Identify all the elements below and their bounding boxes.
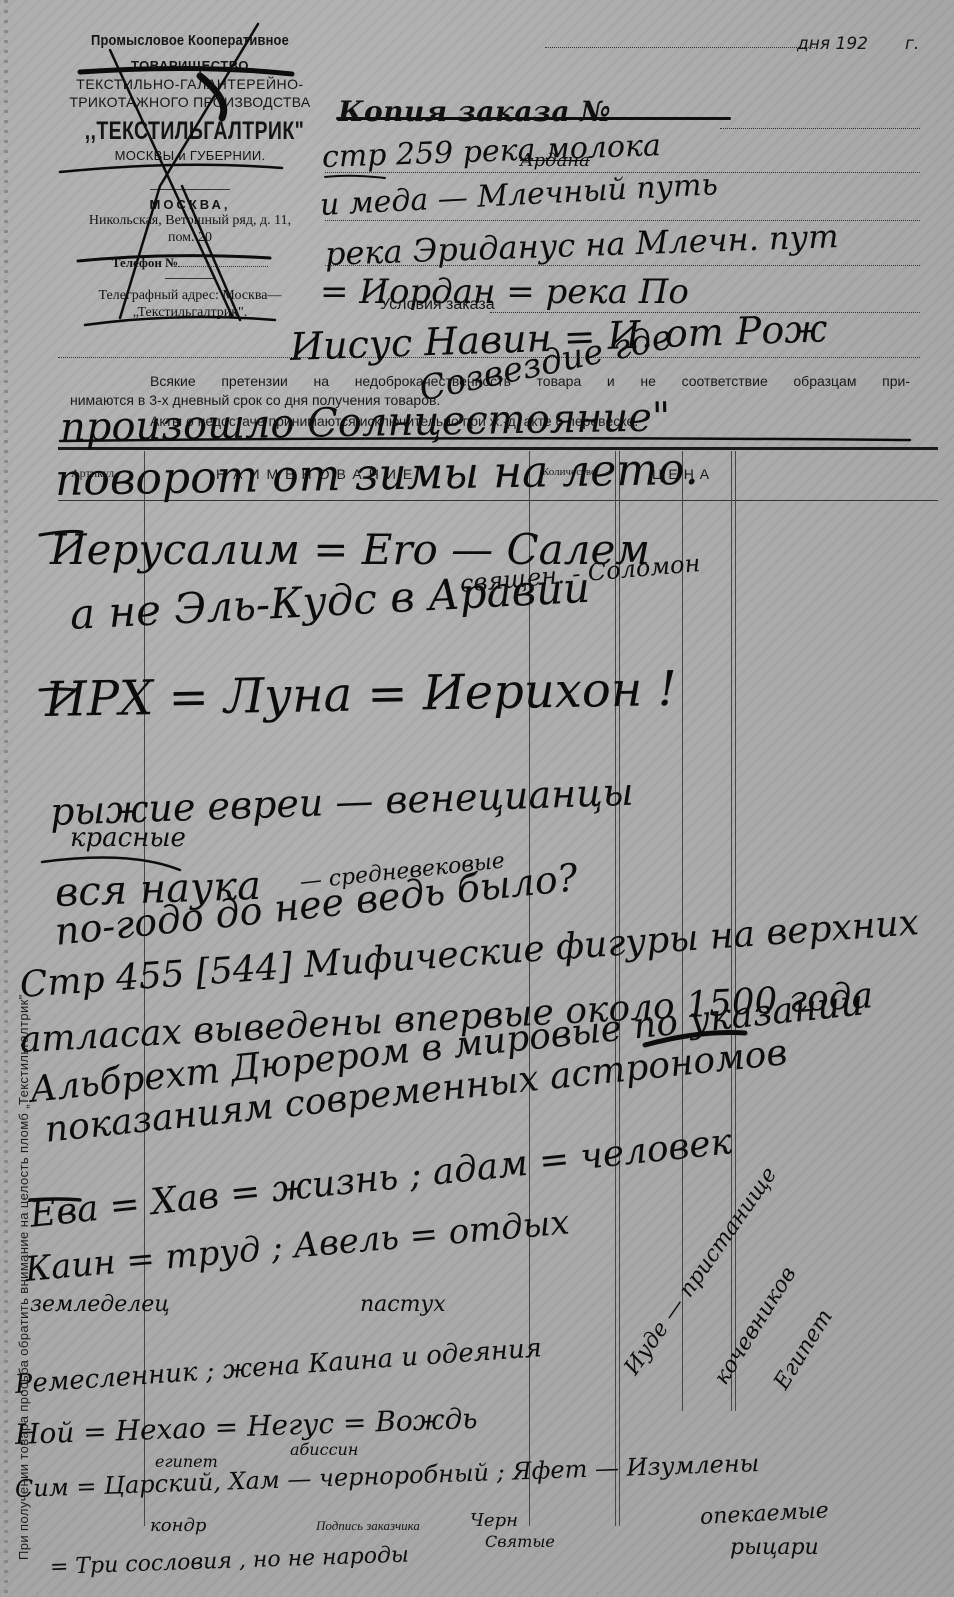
handwritten-line: Святые: [485, 1532, 555, 1551]
handwritten-line: красные: [70, 823, 186, 853]
letterhead-telegraph-1: Телеграфный адрес: Москва—: [55, 288, 325, 304]
title-strikethrough: [336, 117, 731, 120]
letterhead-city: МОСКВА,: [55, 197, 325, 212]
letterhead-divider: [165, 278, 215, 279]
perforation-edge: [4, 0, 8, 1597]
order-number-field: [720, 128, 920, 129]
letterhead-line6: МОСКВЫ и ГУБЕРНИИ.: [55, 148, 325, 163]
handwritten-line: земледелец: [30, 1292, 170, 1317]
phone-label: Телефон №: [112, 255, 178, 270]
letterhead-divider: [150, 189, 230, 190]
letterhead-line2: ТОВАРИЩЕСТВО: [55, 58, 325, 73]
letterhead-room: пом. 20: [55, 230, 325, 246]
handwritten-line: Черн: [470, 1510, 518, 1531]
handwritten-crossed-word: Ардана: [520, 150, 590, 171]
letterhead-phone: Телефон №: [55, 255, 325, 271]
letterhead-address: Никольская, Ветошный ряд, д. 11,: [55, 213, 325, 229]
date-year-suffix: г.: [905, 34, 919, 54]
handwritten-line: кондр: [150, 1515, 206, 1536]
handwritten-line: = Иордан = река По: [320, 272, 689, 312]
handwritten-line: абиссин: [290, 1440, 358, 1459]
date-label: дня 192: [797, 34, 868, 54]
order-copy-title: Копия заказа №: [338, 95, 611, 128]
letterhead-line4: ТРИКОТАЖНОГО ПРОИЗВОДСТВА: [55, 94, 325, 110]
handwritten-line: рыцари: [730, 1535, 819, 1560]
customer-signature-label: Подпись заказчика: [316, 1518, 420, 1534]
letterhead-line1: Промысловое Кооперативное: [74, 32, 306, 49]
date-field: [545, 47, 817, 48]
letterhead-telegraph-2: „Текстильгалтрик".: [55, 305, 325, 321]
handwritten-line: ИРХ = Луна = Иерихон !: [45, 661, 678, 728]
letterhead-brand: ,,ТЕКСТИЛЬГАЛТРИК": [85, 117, 296, 146]
letterhead-line3: ТЕКСТИЛЬНО-ГАЛАНТЕРЕЙНО-: [55, 76, 325, 92]
handwritten-line: пастух: [360, 1292, 446, 1317]
